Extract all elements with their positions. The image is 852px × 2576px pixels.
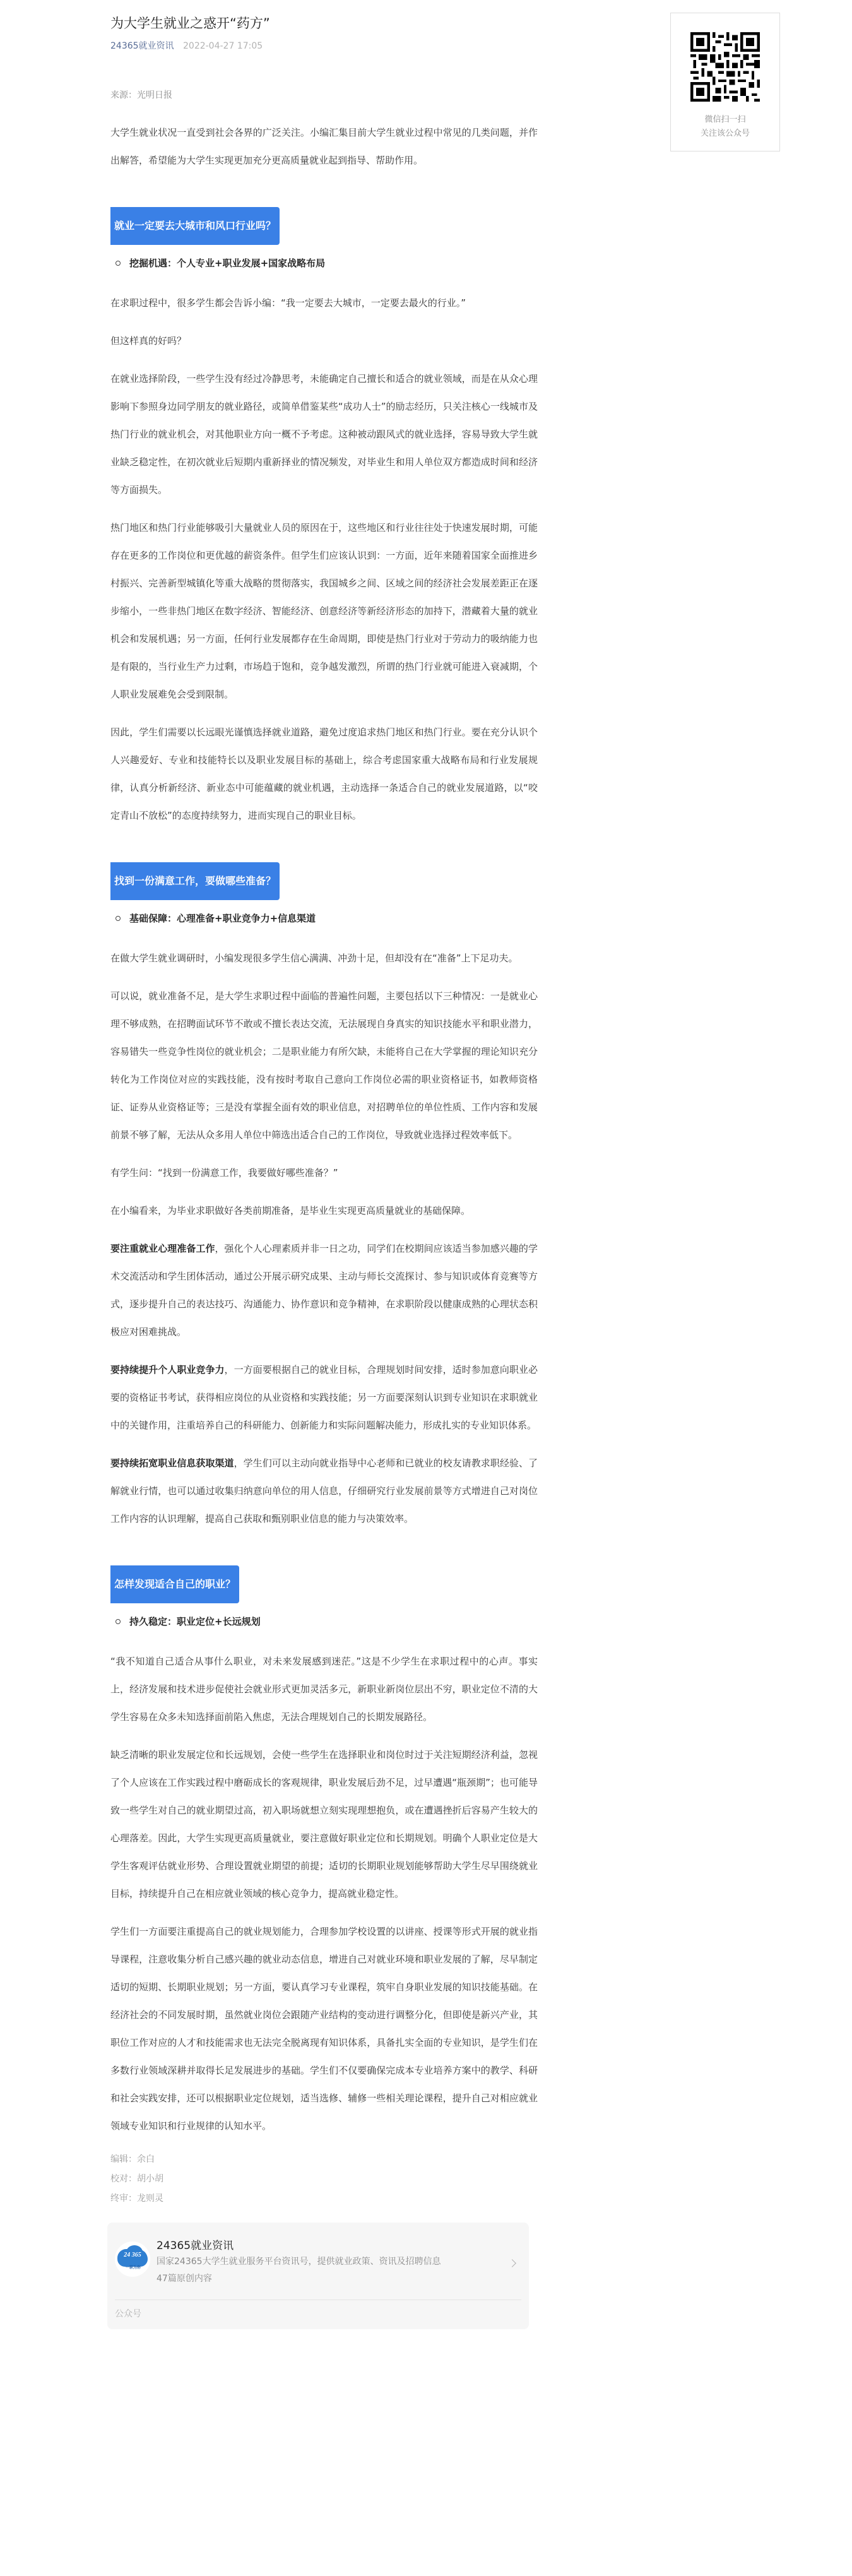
publish-time: 2022-04-27 17:05	[183, 41, 263, 51]
subheading-text: 持久稳定：职业定位+长远规划	[129, 1612, 261, 1631]
bold-lead-paragraph: 要注重就业心理准备工作，强化个人心理素质并非一日之功，同学们在校期间应该适当参加…	[110, 1235, 538, 1346]
section-subheading: 挖掘机遇：个人专业+职业发展+国家战略布局	[110, 254, 538, 273]
bold-lead: 要持续拓宽职业信息获取渠道	[110, 1457, 234, 1469]
section-heading: 找到一份满意工作，要做哪些准备？	[110, 862, 280, 900]
original-count: 47篇原创内容	[157, 2272, 521, 2286]
profile-row[interactable]: 24 365 一职为你 24365就业资讯 国家24365大学生就业服务平台资讯…	[115, 2238, 521, 2300]
subheading-text: 挖掘机遇：个人专业+职业发展+国家战略布局	[129, 254, 325, 273]
article-content: 大学生就业状况一直受到社会各界的广泛关注。小编汇集目前大学生就业过程中常见的几类…	[110, 119, 538, 2209]
hollow-bullet-icon	[115, 1619, 121, 1624]
account-avatar: 24 365 一职为你	[115, 2241, 150, 2277]
paragraph: 因此，学生们需要以长远眼光谨慎选择就业道路，避免过度追求热门地区和热门行业。要在…	[110, 718, 538, 829]
paragraph: “我不知道自己适合从事什么职业，对未来发展感到迷茫。”这是不少学生在求职过程中的…	[110, 1647, 538, 1731]
section-heading: 怎样发现适合自己的职业？	[110, 1565, 239, 1603]
article-meta: 24365就业资讯 2022-04-27 17:05	[110, 39, 538, 53]
credit-final-review: 终审：龙则灵	[110, 2189, 538, 2209]
article-credits: 编辑：余白 校对：胡小胡 终审：龙则灵	[110, 2150, 538, 2209]
qr-caption-line1: 微信扫一扫	[671, 113, 779, 127]
profile-name: 24365就业资讯	[157, 2238, 521, 2254]
paragraph: 在小编看来，为毕业求职做好各类前期准备，是毕业生实现更高质量就业的基础保障。	[110, 1197, 538, 1225]
qr-panel: 微信扫一扫 关注该公众号	[670, 13, 780, 151]
paragraph: 有学生问：“找到一份满意工作，我要做好哪些准备？”	[110, 1159, 538, 1187]
account-profile-card[interactable]: 24 365 一职为你 24365就业资讯 国家24365大学生就业服务平台资讯…	[107, 2223, 529, 2329]
bold-lead-paragraph: 要持续提升个人职业竞争力，一方面要根据自己的就业目标，合理规划时间安排，适时参加…	[110, 1356, 538, 1439]
hollow-bullet-icon	[115, 916, 121, 921]
logo-slogan: 一职为你	[116, 2264, 150, 2270]
paragraph: 在就业选择阶段，一些学生没有经过冷静思考，未能确定自己擅长和适合的就业领域，而是…	[110, 365, 538, 504]
subheading-text: 基础保障：心理准备+职业竞争力+信息渠道	[129, 909, 316, 928]
paragraph: 在求职过程中，很多学生都会告诉小编：“我一定要去大城市，一定要去最火的行业。”	[110, 289, 538, 317]
paragraph: 学生们一方面要注重提高自己的就业规划能力，合理参加学校设置的以讲座、授课等形式开…	[110, 1918, 538, 2140]
section-heading: 就业一定要去大城市和风口行业吗？	[110, 207, 280, 245]
intro-paragraph: 大学生就业状况一直受到社会各界的广泛关注。小编汇集目前大学生就业过程中常见的几类…	[110, 119, 538, 174]
profile-description: 国家24365大学生就业服务平台资讯号，提供就业政策、资讯及招聘信息	[157, 2255, 521, 2269]
article-title: 为大学生就业之惑开“药方”	[110, 14, 538, 33]
paragraph: 可以说，就业准备不足，是大学生求职过程中面临的普遍性问题，主要包括以下三种情况：…	[110, 982, 538, 1149]
profile-info: 24365就业资讯 国家24365大学生就业服务平台资讯号，提供就业政策、资讯及…	[157, 2238, 521, 2286]
section-subheading: 持久稳定：职业定位+长远规划	[110, 1612, 538, 1631]
bold-lead: 要注重就业心理准备工作	[110, 1243, 215, 1254]
credit-proofreader: 校对：胡小胡	[110, 2169, 538, 2189]
qr-caption-line2: 关注该公众号	[671, 127, 779, 141]
paragraph: 缺乏清晰的职业发展定位和长远规划，会使一些学生在选择职业和岗位时过于关注短期经济…	[110, 1741, 538, 1908]
section-subheading: 基础保障：心理准备+职业竞争力+信息渠道	[110, 909, 538, 928]
paragraph: 热门地区和热门行业能够吸引大量就业人员的原因在于，这些地区和行业往往处于快速发展…	[110, 514, 538, 708]
article-source: 来源：光明日报	[110, 88, 538, 102]
account-name-link[interactable]: 24365就业资讯	[110, 41, 174, 51]
hollow-bullet-icon	[115, 261, 121, 266]
credit-editor: 编辑：余白	[110, 2150, 538, 2169]
qr-code-icon	[690, 32, 760, 102]
paragraph-rest: ，强化个人心理素质并非一日之功，同学们在校期间应该适当参加感兴趣的学术交流活动和…	[110, 1243, 538, 1338]
paragraph: 在做大学生就业调研时，小编发现很多学生信心满满、冲劲十足，但却没有在“准备”上下…	[110, 944, 538, 972]
qr-caption: 微信扫一扫 关注该公众号	[671, 113, 779, 141]
article: 为大学生就业之惑开“药方” 24365就业资讯 2022-04-27 17:05…	[110, 0, 538, 2329]
bold-lead-paragraph: 要持续拓宽职业信息获取渠道，学生们可以主动向就业指导中心老师和已就业的校友请教求…	[110, 1449, 538, 1533]
logo-number: 24 365	[115, 2252, 150, 2258]
profile-type-label: 公众号	[115, 2300, 521, 2329]
paragraph: 但这样真的好吗？	[110, 327, 538, 355]
bold-lead: 要持续提升个人职业竞争力	[110, 1364, 225, 1375]
